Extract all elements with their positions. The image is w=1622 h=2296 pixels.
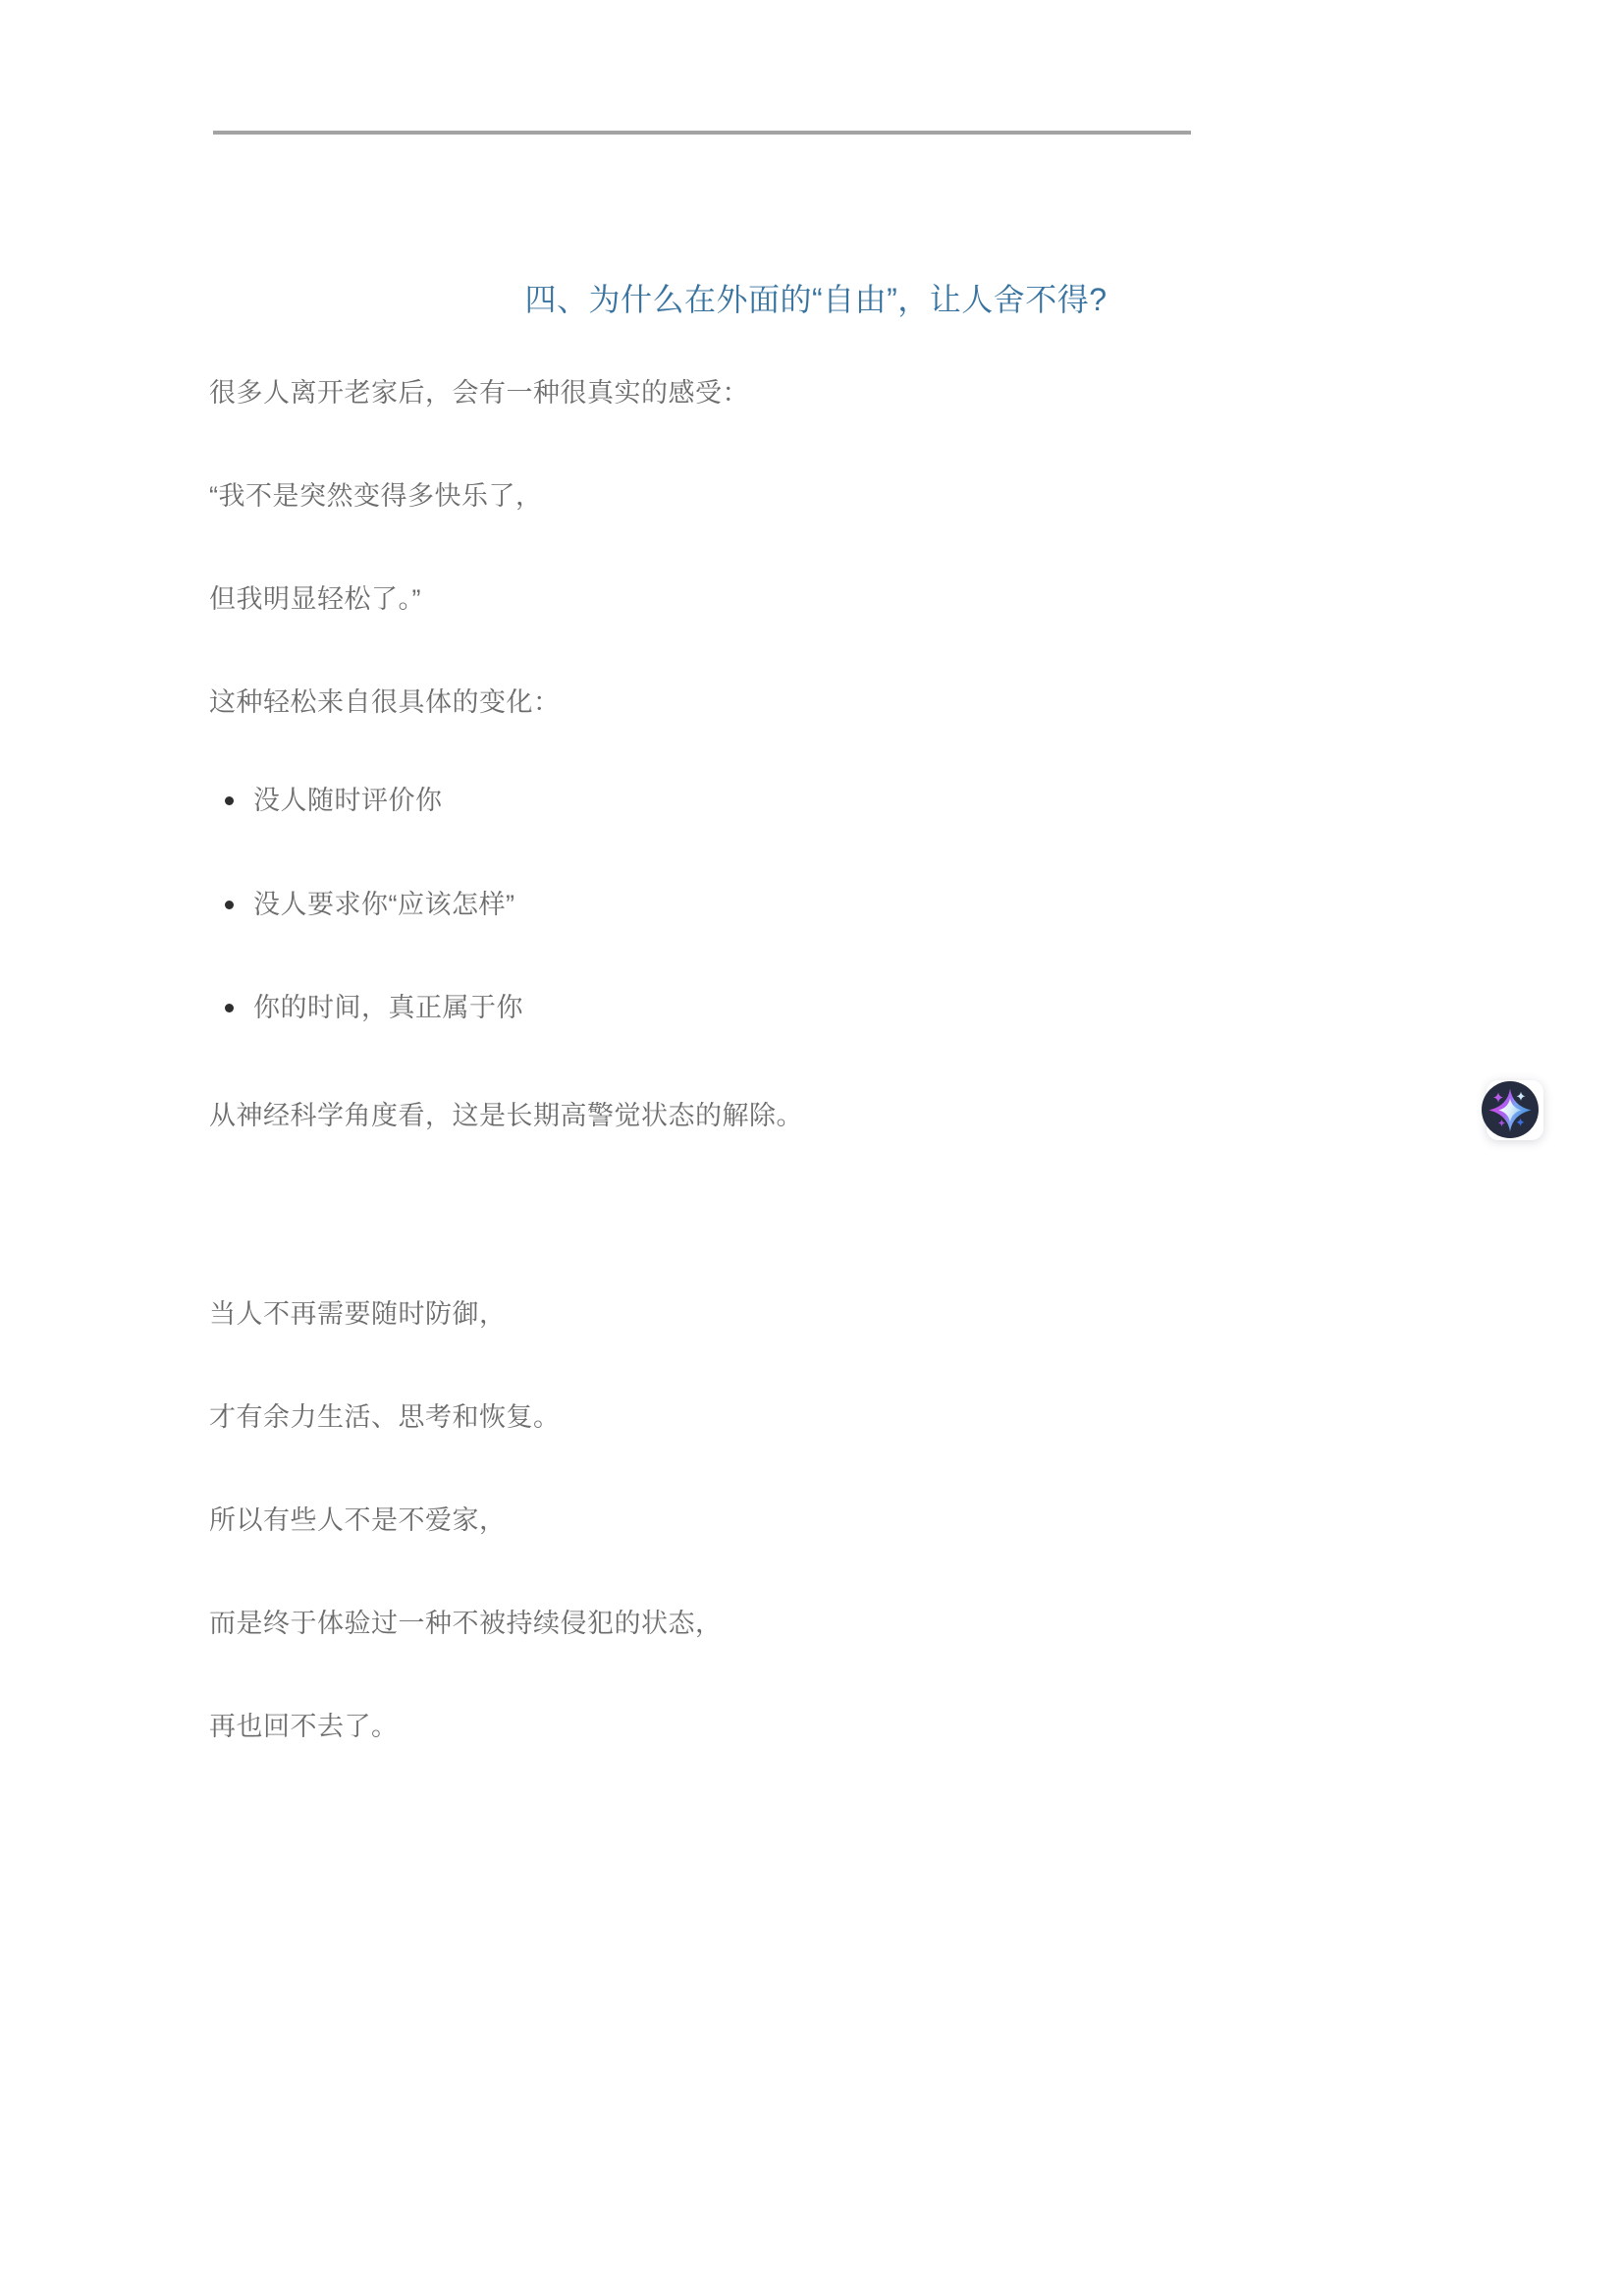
paragraph: 这种轻松来自很具体的变化：: [209, 687, 1427, 718]
paragraph: 从神经科学角度看，这是长期高警觉状态的解除。: [209, 1101, 1427, 1131]
list-item: 没人随时评价你: [209, 786, 1427, 816]
sparkle-logo-icon: [1482, 1081, 1539, 1138]
paragraph: 才有余力生活、思考和恢复。: [209, 1402, 1427, 1433]
paragraph: 很多人离开老家后，会有一种很真实的感受：: [209, 378, 1427, 409]
paragraph: 而是终于体验过一种不被持续侵犯的状态，: [209, 1609, 1427, 1639]
section-heading: 四、为什么在外面的“自由”，让人舍不得?: [209, 283, 1423, 317]
bullet-dot-icon: [225, 796, 234, 805]
paragraph: 所以有些人不是不爱家，: [209, 1505, 1427, 1536]
paragraph: “我不是突然变得多快乐了，: [209, 481, 1427, 512]
ai-assistant-button[interactable]: [1482, 1077, 1546, 1142]
paragraph: 再也回不去了。: [209, 1712, 1427, 1742]
list-item: 你的时间，真正属于你: [209, 993, 1427, 1023]
paragraph: 当人不再需要随时防御，: [209, 1299, 1427, 1330]
bullet-dot-icon: [225, 1004, 234, 1012]
document-page: 四、为什么在外面的“自由”，让人舍不得? 很多人离开老家后，会有一种很真实的感受…: [0, 0, 1622, 2296]
paragraph: 但我明显轻松了。”: [209, 584, 1427, 615]
list-item-label: 你的时间，真正属于你: [253, 993, 523, 1023]
list-item: 没人要求你“应该怎样”: [209, 890, 1427, 920]
bullet-dot-icon: [225, 901, 234, 909]
list-item-label: 没人随时评价你: [253, 786, 443, 816]
list-item-label: 没人要求你“应该怎样”: [253, 890, 514, 920]
divider-line: [213, 131, 1191, 135]
